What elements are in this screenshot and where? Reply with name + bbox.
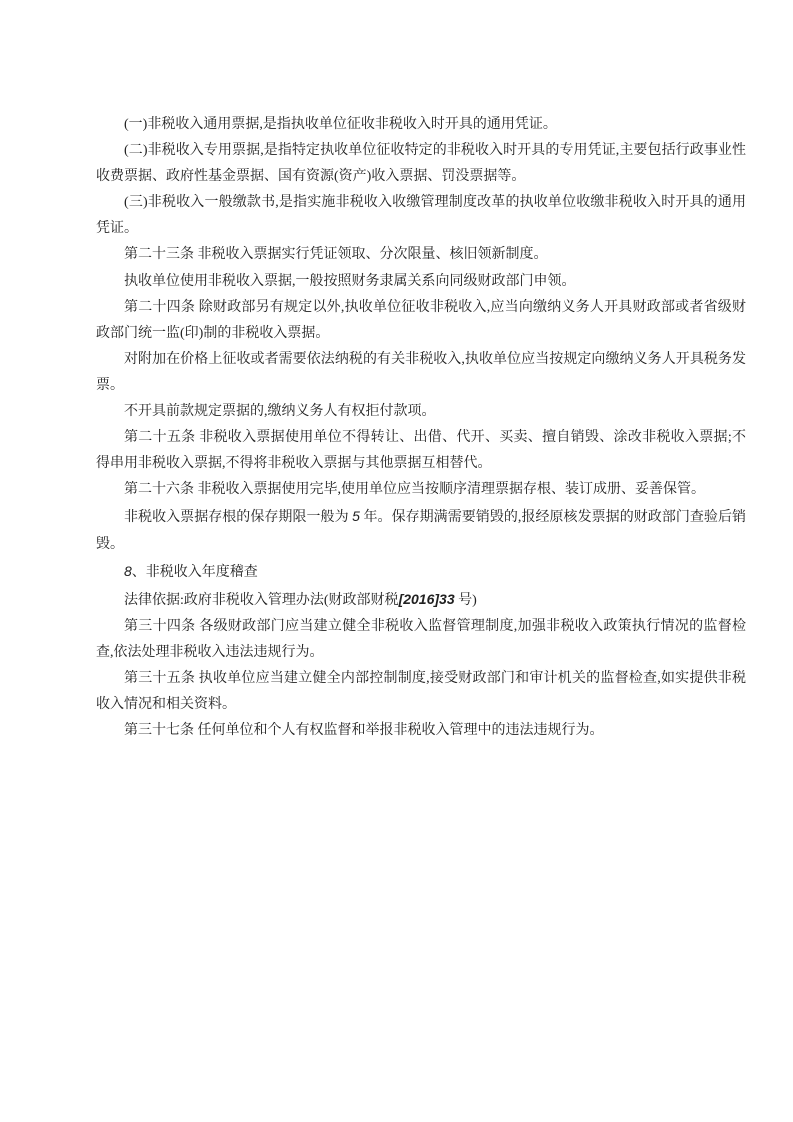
paragraph: 不开具前款规定票据的,缴纳义务人有权拒付款项。 xyxy=(96,399,746,425)
text-run: (一)非税收入通用票据,是指执收单位征收非税收入时开具的通用凭证。 xyxy=(124,117,557,132)
text-run: (二)非税收入专用票据,是指特定执收单位征收特定的非税收入时开具的专用凭证,主要… xyxy=(96,143,746,184)
paragraph: 非税收入票据存根的保存期限一般为 5 年。保存期满需要销毁的,报经原核发票据的财… xyxy=(96,503,746,557)
text-run-bold-italic: [2016]33 xyxy=(399,591,455,607)
text-run: 第三十四条 各级财政部门应当建立健全非税收入监督管理制度,加强非税收入政策执行情… xyxy=(96,619,746,660)
paragraph: 执收单位使用非税收入票据,一般按照财务隶属关系向同级财政部门申领。 xyxy=(96,269,746,295)
text-run: 对附加在价格上征收或者需要依法纳税的有关非税收入,执收单位应当按规定向缴纳义务人… xyxy=(96,352,746,393)
paragraph: 8、非税收入年度稽查 xyxy=(96,558,746,586)
paragraph: 第三十五条 执收单位应当建立健全内部控制制度,接受财政部门和审计机关的监督检查,… xyxy=(96,666,746,718)
text-run: 非税收入票据存根的保存期限一般为 xyxy=(124,510,352,525)
text-run: 号) xyxy=(455,593,477,608)
text-run-italic: 5 xyxy=(352,508,360,524)
text-run: (三)非税收入一般缴款书,是指实施非税收入收缴管理制度改革的执收单位收缴非税收入… xyxy=(96,195,746,236)
text-run: 第二十六条 非税收入票据使用完毕,使用单位应当按顺序清理票据存根、装订成册、妥善… xyxy=(124,482,705,497)
paragraph: (二)非税收入专用票据,是指特定执收单位征收特定的非税收入时开具的专用凭证,主要… xyxy=(96,138,746,190)
text-run: 法律依据:政府非税收入管理办法(财政部财税 xyxy=(124,593,399,608)
text-run: 、非税收入年度稽查 xyxy=(132,565,258,580)
paragraph: 第二十四条 除财政部另有规定以外,执收单位征收非税收入,应当向缴纳义务人开具财政… xyxy=(96,295,746,347)
text-run: 第二十四条 除财政部另有规定以外,执收单位征收非税收入,应当向缴纳义务人开具财政… xyxy=(96,300,746,341)
paragraph: (三)非税收入一般缴款书,是指实施非税收入收缴管理制度改革的执收单位收缴非税收入… xyxy=(96,190,746,242)
text-run: 第二十三条 非税收入票据实行凭证领取、分次限量、核旧领新制度。 xyxy=(124,247,548,262)
document-page: (一)非税收入通用票据,是指执收单位征收非税收入时开具的通用凭证。(二)非税收入… xyxy=(0,0,793,1122)
paragraph: 对附加在价格上征收或者需要依法纳税的有关非税收入,执收单位应当按规定向缴纳义务人… xyxy=(96,347,746,399)
document-content: (一)非税收入通用票据,是指执收单位征收非税收入时开具的通用凭证。(二)非税收入… xyxy=(0,0,793,744)
paragraph: 第三十四条 各级财政部门应当建立健全非税收入监督管理制度,加强非税收入政策执行情… xyxy=(96,614,746,666)
paragraph: 第二十三条 非税收入票据实行凭证领取、分次限量、核旧领新制度。 xyxy=(96,242,746,268)
text-run: 执收单位使用非税收入票据,一般按照财务隶属关系向同级财政部门申领。 xyxy=(124,274,576,289)
paragraph: 第三十七条 任何单位和个人有权监督和举报非税收入管理中的违法违规行为。 xyxy=(96,718,746,744)
text-run: 不开具前款规定票据的,缴纳义务人有权拒付款项。 xyxy=(124,404,436,419)
text-run: 第三十七条 任何单位和个人有权监督和举报非税收入管理中的违法违规行为。 xyxy=(124,723,604,738)
text-run: 第三十五条 执收单位应当建立健全内部控制制度,接受财政部门和审计机关的监督检查,… xyxy=(96,671,746,712)
paragraph: 第二十六条 非税收入票据使用完毕,使用单位应当按顺序清理票据存根、装订成册、妥善… xyxy=(96,477,746,503)
text-run-italic: 8 xyxy=(124,563,132,579)
paragraph: 第二十五条 非税收入票据使用单位不得转让、出借、代开、买卖、擅自销毁、涂改非税收… xyxy=(96,425,746,477)
text-run: 第二十五条 非税收入票据使用单位不得转让、出借、代开、买卖、擅自销毁、涂改非税收… xyxy=(96,430,746,471)
paragraph: (一)非税收入通用票据,是指执收单位征收非税收入时开具的通用凭证。 xyxy=(96,112,746,138)
paragraph: 法律依据:政府非税收入管理办法(财政部财税[2016]33 号) xyxy=(96,586,746,614)
